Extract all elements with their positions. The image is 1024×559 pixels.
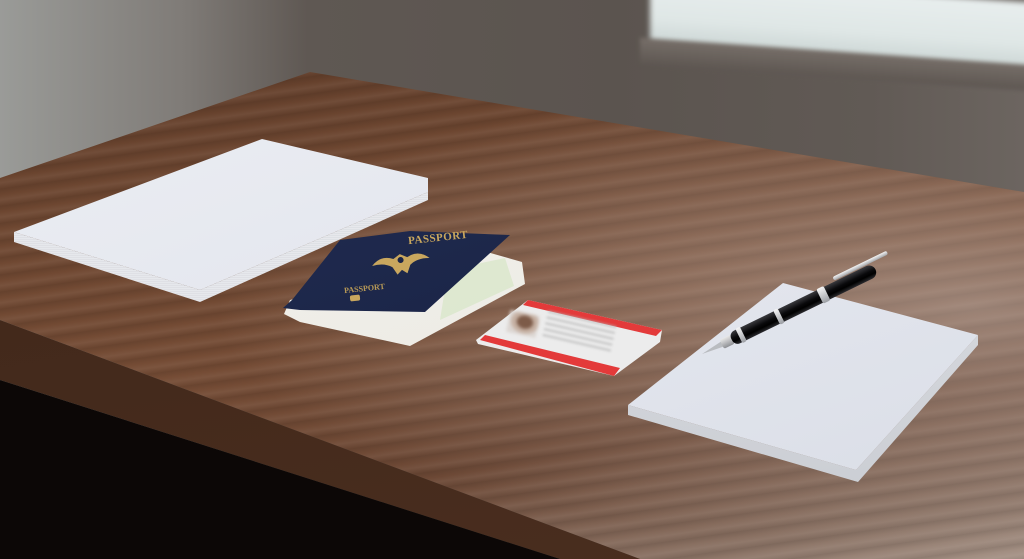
pen-cap-band [816, 286, 830, 304]
pen-ring [735, 327, 747, 344]
biometric-chip-icon [350, 294, 361, 301]
pen-ring [773, 308, 785, 325]
desk-scene: PASSPORT PASSPORT [0, 0, 1024, 559]
